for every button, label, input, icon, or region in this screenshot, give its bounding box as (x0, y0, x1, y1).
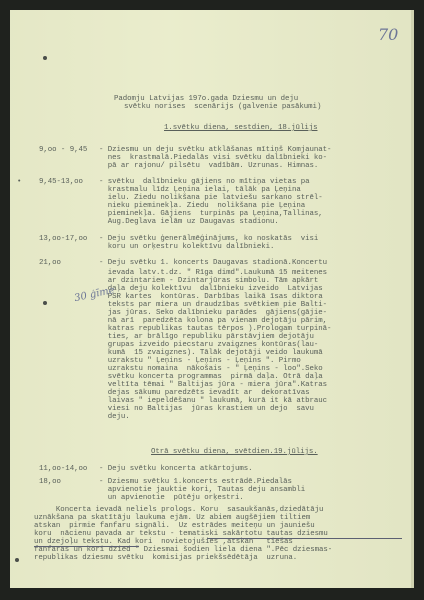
punch-mark (15, 558, 19, 562)
paragraph-line-7: republikas dziesmu svētku komisijas prie… (34, 555, 297, 563)
time-entry-6: 18,oo (39, 479, 61, 487)
page-number-handwritten: 70 (378, 25, 398, 44)
time-entry-3: 13,oo-17,oo (39, 236, 87, 244)
entry-4-line-20: deju. (99, 414, 130, 422)
day1-heading: 1.svētku diena, sestdien, 18.jūlijs (164, 125, 317, 133)
page-edge (411, 10, 414, 588)
punch-mark (43, 301, 47, 305)
time-entry-1: 9,oo - 9,45 (39, 147, 87, 155)
handwritten-underline (207, 538, 402, 539)
entry-2-line-6: Aug.Deglava ielām uz Daugavas stadionu. (99, 219, 279, 227)
entry-6-line-3: un apvienotie pūtēju orķestri. (99, 495, 244, 503)
punch-mark (43, 56, 47, 60)
time-entry-2: 9,45-13,oo (39, 179, 83, 187)
document-page: 70 Padomju Latvijas 197o.gada Dziesmu un… (10, 10, 414, 588)
entry-1-line-3: pā ar rajonu/ pilsētu vadībām. Uzrunas. … (99, 163, 318, 171)
day2-heading: Otrā svētku diena, svētdien.19.jūlijs. (151, 449, 318, 457)
entry-4-line-19: viesi no Baltijas jūras krastiem un dejo… (99, 406, 314, 414)
time-entry-5: 11,oo-14,oo (39, 466, 87, 474)
entry-4-line-1: - Deju svētku 1. koncerts Daugavas stadi… (99, 260, 327, 268)
entry-3-line-2: koru un orķestru kolektīvu dalībnieki. (99, 244, 274, 252)
time-entry-4: 21,oo (39, 260, 61, 268)
title-line-2: svētku norises scenārijs (galvenie pasāk… (124, 104, 321, 112)
margin-mark-1: • (17, 179, 21, 187)
handwritten-underline (34, 546, 139, 547)
entry-5-line-1: - Deju svētku koncerta atkārtojums. (99, 466, 252, 474)
